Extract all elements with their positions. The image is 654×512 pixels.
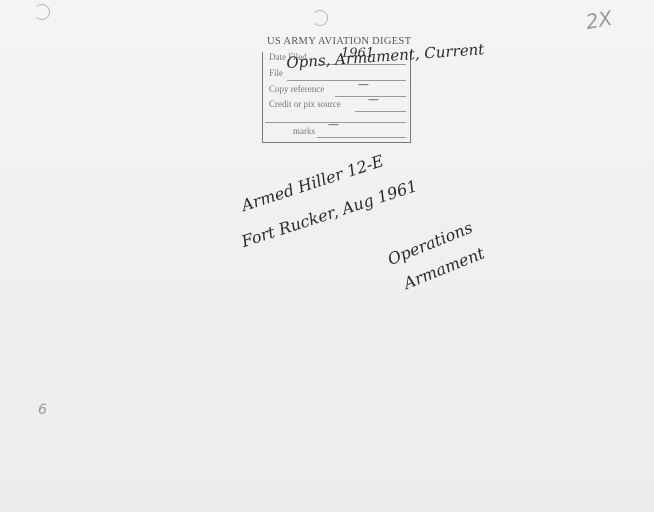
punch-hole-left	[34, 4, 50, 20]
marks-value: —	[328, 118, 339, 131]
stamp-title: US ARMY AVIATION DIGEST	[267, 36, 411, 47]
copy-reference-value: —	[358, 78, 369, 91]
marks-label: marks	[293, 126, 315, 136]
copy-reference-label: Copy reference	[269, 84, 324, 94]
credit-label: Credit or pix source	[269, 99, 341, 109]
pencil-mark-top-right: 2X	[584, 6, 614, 34]
punch-hole-center	[312, 10, 328, 26]
pencil-mark-bottom-left: 6	[38, 402, 47, 418]
file-label: File	[269, 68, 283, 78]
credit-value: —	[368, 93, 379, 106]
